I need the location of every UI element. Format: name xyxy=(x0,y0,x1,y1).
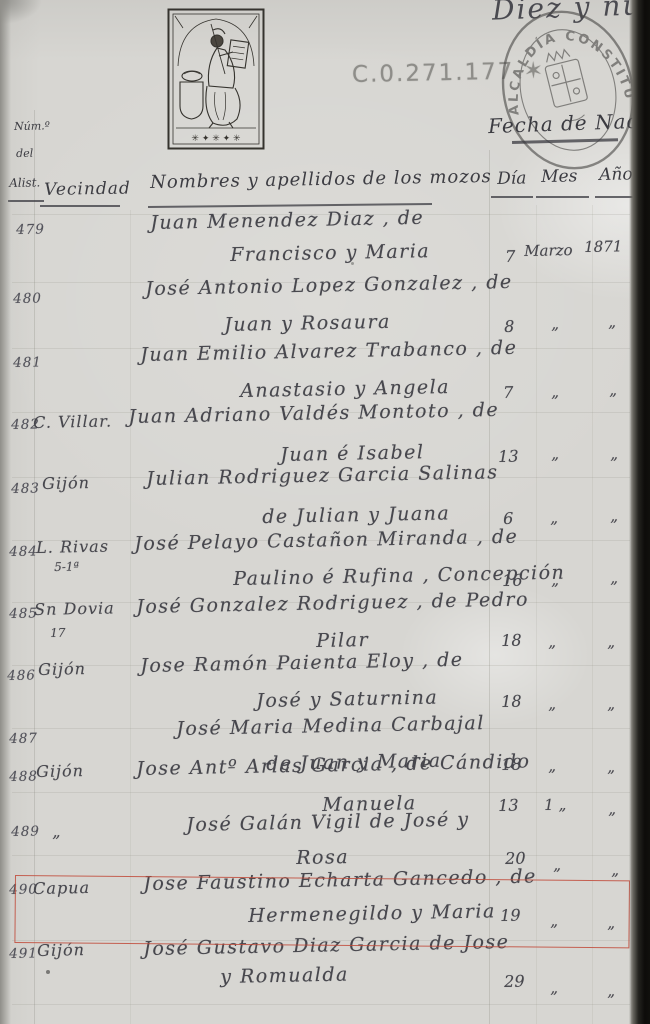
row-day: 18 xyxy=(501,631,522,650)
row-name-line1: Juan Menendez Diaz , de xyxy=(150,207,424,234)
row-number: 481 xyxy=(13,354,42,371)
row-name-line1: José Maria Medina Carbajal xyxy=(176,712,485,740)
column-underline xyxy=(536,196,589,198)
highlight-box xyxy=(14,875,630,948)
municipal-seal: ALCALDÍA CONSTITUCIONAL ✶ xyxy=(480,0,650,188)
row-number: 483 xyxy=(11,480,40,497)
row-month: „ xyxy=(551,383,559,401)
row-day: 18 xyxy=(501,692,522,711)
row-name-line1: José Galán Vigil de José y xyxy=(186,809,470,836)
row-name-line1: Jose Ramón Paienta Eloy , de xyxy=(140,649,464,677)
shield-icon xyxy=(180,71,203,119)
row-month: „ xyxy=(551,445,559,463)
tax-stamp-vignette: ✳ ✦ ✳ ✦ ✳ xyxy=(167,8,265,150)
row-number: 491 xyxy=(9,945,38,962)
row-number: 488 xyxy=(9,768,38,785)
column-underline xyxy=(491,196,533,198)
row-vecindad: „ xyxy=(52,822,62,841)
row-number: 479 xyxy=(16,221,45,238)
scan-right-edge xyxy=(629,0,650,1024)
row-name-line2: Juan y Rosaura xyxy=(224,311,391,336)
column-header-dia: Día xyxy=(497,168,527,189)
column-header-num-line1: Núm.º xyxy=(14,119,50,133)
row-name-line2: Pilar xyxy=(316,629,369,652)
row-name-line2: José y Saturnina xyxy=(256,687,438,712)
row-name-line1: José Antonio Lopez Gonzalez , de xyxy=(145,271,513,300)
row-day: 13 xyxy=(498,796,519,815)
row-name-line1: Julian Rodriguez Garcia Salinas xyxy=(146,461,499,490)
row-day: 7 xyxy=(505,247,516,266)
ink-speck xyxy=(351,262,354,265)
row-vecindad-sub: 5-1ª xyxy=(54,560,79,574)
row-year: 1871 xyxy=(584,237,623,256)
row-day: 7 xyxy=(503,383,514,402)
row-year: „ xyxy=(610,445,618,463)
row-vecindad: Gijón xyxy=(36,761,84,781)
row-number: 489 xyxy=(11,823,40,840)
row-number: 487 xyxy=(9,730,38,747)
row-year: „ xyxy=(607,982,615,1000)
grid-hline xyxy=(12,1004,630,1005)
row-month: „ xyxy=(548,633,556,651)
column-header-num-line2: del xyxy=(16,147,33,160)
row-year: „ xyxy=(611,861,619,879)
row-name-line1: Jose Antº Arias Garcia , de Cándido xyxy=(136,750,531,780)
row-day: 13 xyxy=(498,447,519,466)
ink-speck xyxy=(46,970,50,974)
grid-hline xyxy=(12,792,630,793)
row-month: „ xyxy=(553,856,561,874)
row-month: „ xyxy=(548,695,556,713)
row-year: „ xyxy=(607,758,615,776)
column-header-mes: Mes xyxy=(541,166,578,187)
row-name-line2: Rosa xyxy=(296,846,349,869)
row-vecindad: Gijón xyxy=(42,473,90,493)
column-underline xyxy=(40,205,120,207)
column-header-names: Nombres y apellidos de los mozos xyxy=(150,166,492,193)
column-header-vecindad: Vecindad xyxy=(44,178,131,200)
scan-left-edge xyxy=(0,0,11,1024)
row-vecindad-sub: 17 xyxy=(50,626,66,640)
vignette-ornament: ✳ ✦ ✳ ✦ ✳ xyxy=(191,134,241,144)
row-month: „ xyxy=(551,571,559,589)
row-day: 16 xyxy=(502,571,523,590)
row-month: „ xyxy=(551,315,559,333)
row-number: 486 xyxy=(7,667,36,684)
row-year: „ xyxy=(607,633,615,651)
row-name-line2: y Romualda xyxy=(220,964,349,988)
row-name-line1: José Pelayo Castañon Miranda , de xyxy=(134,526,518,555)
row-number: 480 xyxy=(13,290,42,307)
row-year: „ xyxy=(610,569,618,587)
row-year: „ xyxy=(608,800,616,818)
row-name-line1: José Gonzalez Rodriguez , de Pedro xyxy=(136,588,529,618)
seated-figure xyxy=(206,24,249,128)
row-month: 1 „ xyxy=(544,796,566,814)
column-underline xyxy=(8,200,44,202)
row-name-line2: Anastasio y Angela xyxy=(240,376,450,402)
row-vecindad: Gijón xyxy=(38,659,86,679)
row-number: 484 xyxy=(9,543,38,560)
row-name-line2: de Julian y Juana xyxy=(262,502,450,528)
row-vecindad: Sn Dovia xyxy=(34,598,115,619)
row-month: Marzo xyxy=(524,241,573,260)
row-year: „ xyxy=(610,507,618,525)
column-header-ano: Año xyxy=(599,164,633,185)
row-month: „ xyxy=(548,757,556,775)
row-name-line1: Juan Emilio Alvarez Trabanco , de xyxy=(140,337,518,366)
column-header-num-line3: Alist. xyxy=(9,175,40,190)
row-year: „ xyxy=(609,381,617,399)
row-month: „ xyxy=(550,509,558,527)
row-year: „ xyxy=(608,313,616,331)
row-name-line2: Francisco y Maria xyxy=(230,240,430,266)
row-month: „ xyxy=(550,979,558,997)
row-year: „ xyxy=(607,695,615,713)
row-vecindad: C. Villar. xyxy=(33,411,112,432)
row-name-line1: Juan Adriano Valdés Montoto , de xyxy=(128,399,499,428)
row-day: 29 xyxy=(504,972,525,991)
row-day: 8 xyxy=(504,317,515,336)
row-vecindad: L. Rivas xyxy=(36,537,109,557)
